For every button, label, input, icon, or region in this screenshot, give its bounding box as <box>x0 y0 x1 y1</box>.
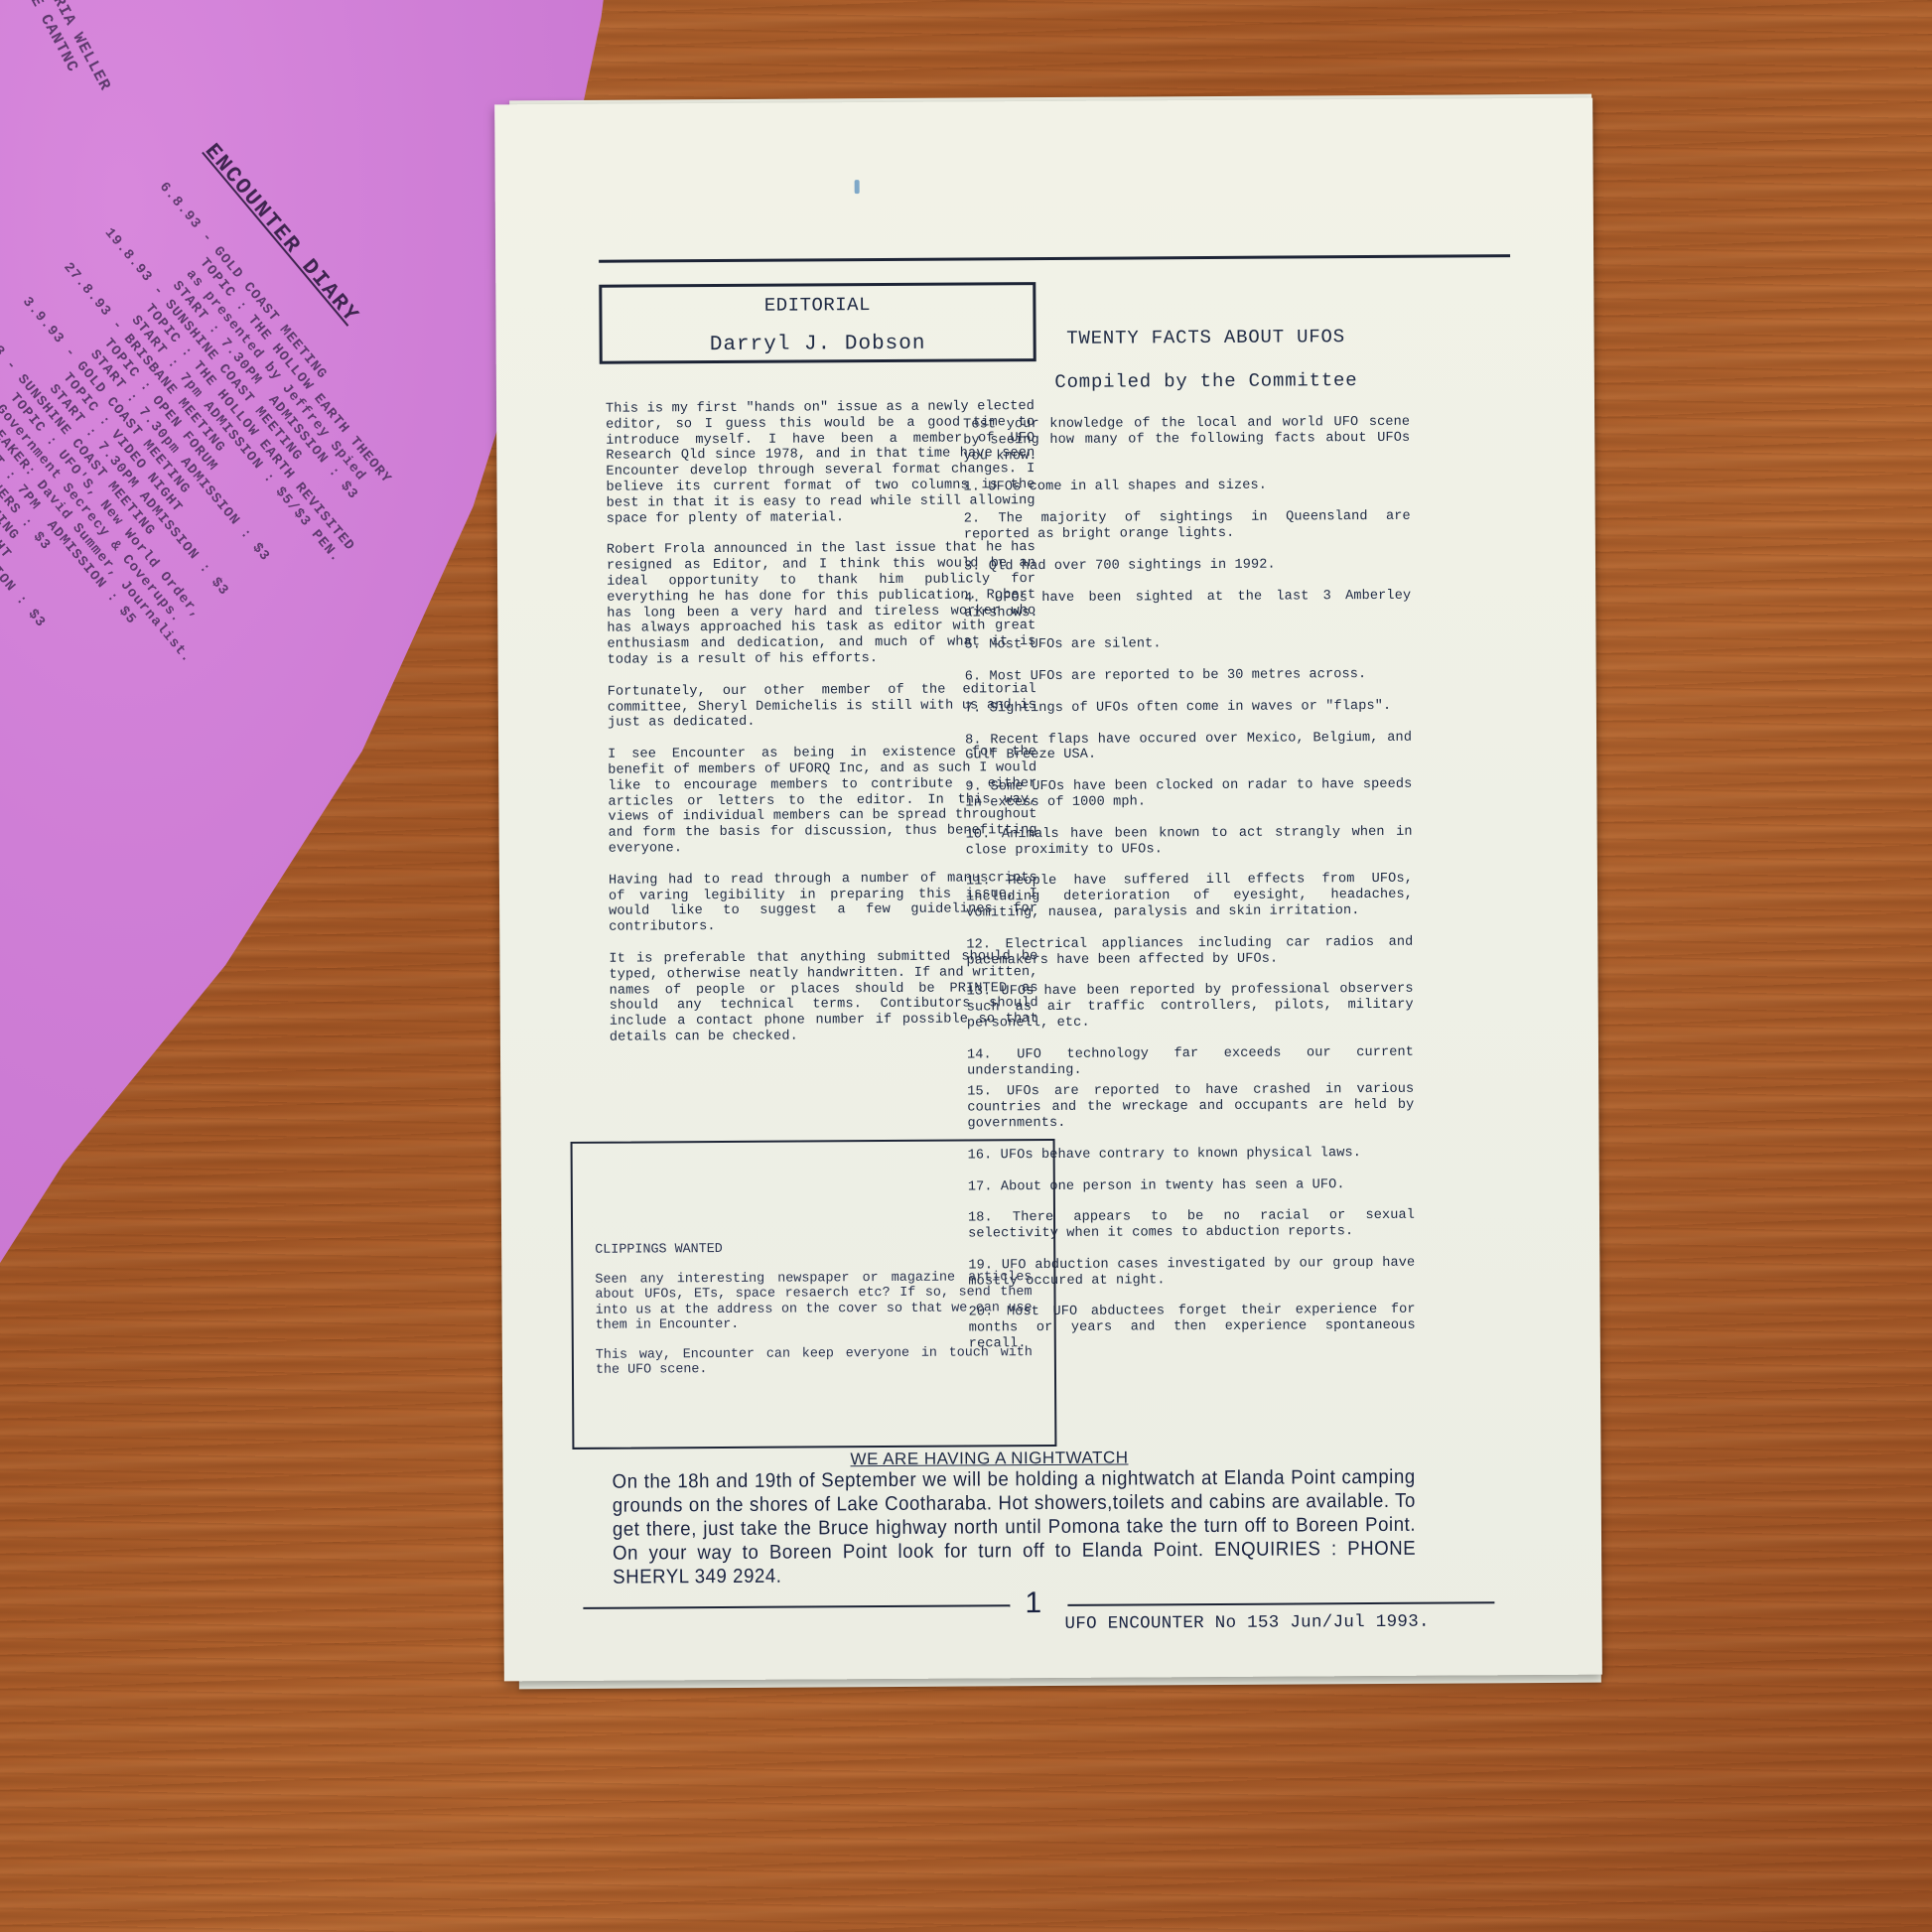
editorial-author: Darryl J. Dobson <box>603 332 1034 357</box>
footer-rule-right <box>1067 1601 1494 1606</box>
top-rule <box>599 254 1510 263</box>
facts-intro: Test your knowledge of the local and wor… <box>963 415 1410 465</box>
clippings-content: CLIPPINGS WANTED Seen any interesting ne… <box>595 1240 1033 1392</box>
area-contacts-list: SUNSHINE COAST - LYN DALCIN GOLD COAST -… <box>0 0 203 104</box>
fact-item: 14. UFO technology far exceeds our curre… <box>967 1044 1414 1078</box>
fact-item: 12. Electrical appliances including car … <box>966 934 1413 968</box>
issue-footer: UFO ENCOUNTER No 153 Jun/Jul 1993. <box>1064 1612 1429 1634</box>
page-number: 1 <box>1025 1587 1041 1620</box>
footer-rule-left <box>583 1604 1010 1609</box>
fact-item: 7. Sightings of UFOs often come in waves… <box>965 699 1412 718</box>
fact-item: 9. Some UFOs have been clocked on radar … <box>965 777 1412 811</box>
fact-item: 4. UFOs have been sighted at the last 3 … <box>964 588 1411 621</box>
fact-item: 10. Animals have been known to act stran… <box>966 825 1413 859</box>
editorial-heading: EDITORIAL <box>602 293 1033 318</box>
editorial-header-box: EDITORIAL Darryl J. Dobson <box>599 282 1035 364</box>
nightwatch-body: On the 18h and 19th of September we will… <box>613 1465 1417 1589</box>
ink-mark <box>855 180 860 194</box>
fact-item: 15. UFOs are reported to have crashed in… <box>967 1082 1414 1132</box>
fact-item: 8. Recent flaps have occured over Mexico… <box>965 730 1412 763</box>
newsletter-page: EDITORIAL Darryl J. Dobson This is my fi… <box>494 98 1602 1682</box>
fact-item: 13. UFOs have been reported by professio… <box>967 982 1414 1032</box>
fact-item: 2. The majority of sightings in Queensla… <box>964 509 1411 543</box>
facts-title: TWENTY FACTS ABOUT UFOS <box>1033 326 1380 349</box>
diary-entries: 6.8.93 - GOLD COAST MEETING TOPIC : THE … <box>0 179 427 739</box>
fact-item: 5. Most UFOs are silent. <box>964 635 1411 654</box>
clippings-heading: CLIPPINGS WANTED <box>595 1240 1032 1258</box>
fact-item: 11. People have suffered ill effects fro… <box>966 872 1413 921</box>
facts-subtitle: Compiled by the Committee <box>1013 369 1400 393</box>
fact-item: 6. Most UFOs are reported to be 30 metre… <box>965 667 1412 686</box>
clippings-box: CLIPPINGS WANTED Seen any interesting ne… <box>571 1139 1057 1449</box>
clippings-paragraph: This way, Encounter can keep everyone in… <box>596 1345 1033 1379</box>
fact-item: 3. Qld had over 700 sightings in 1992. <box>964 557 1411 576</box>
fact-item: 1. UFOs come in all shapes and sizes. <box>963 478 1410 496</box>
clippings-paragraph: Seen any interesting newspaper or magazi… <box>595 1270 1032 1334</box>
